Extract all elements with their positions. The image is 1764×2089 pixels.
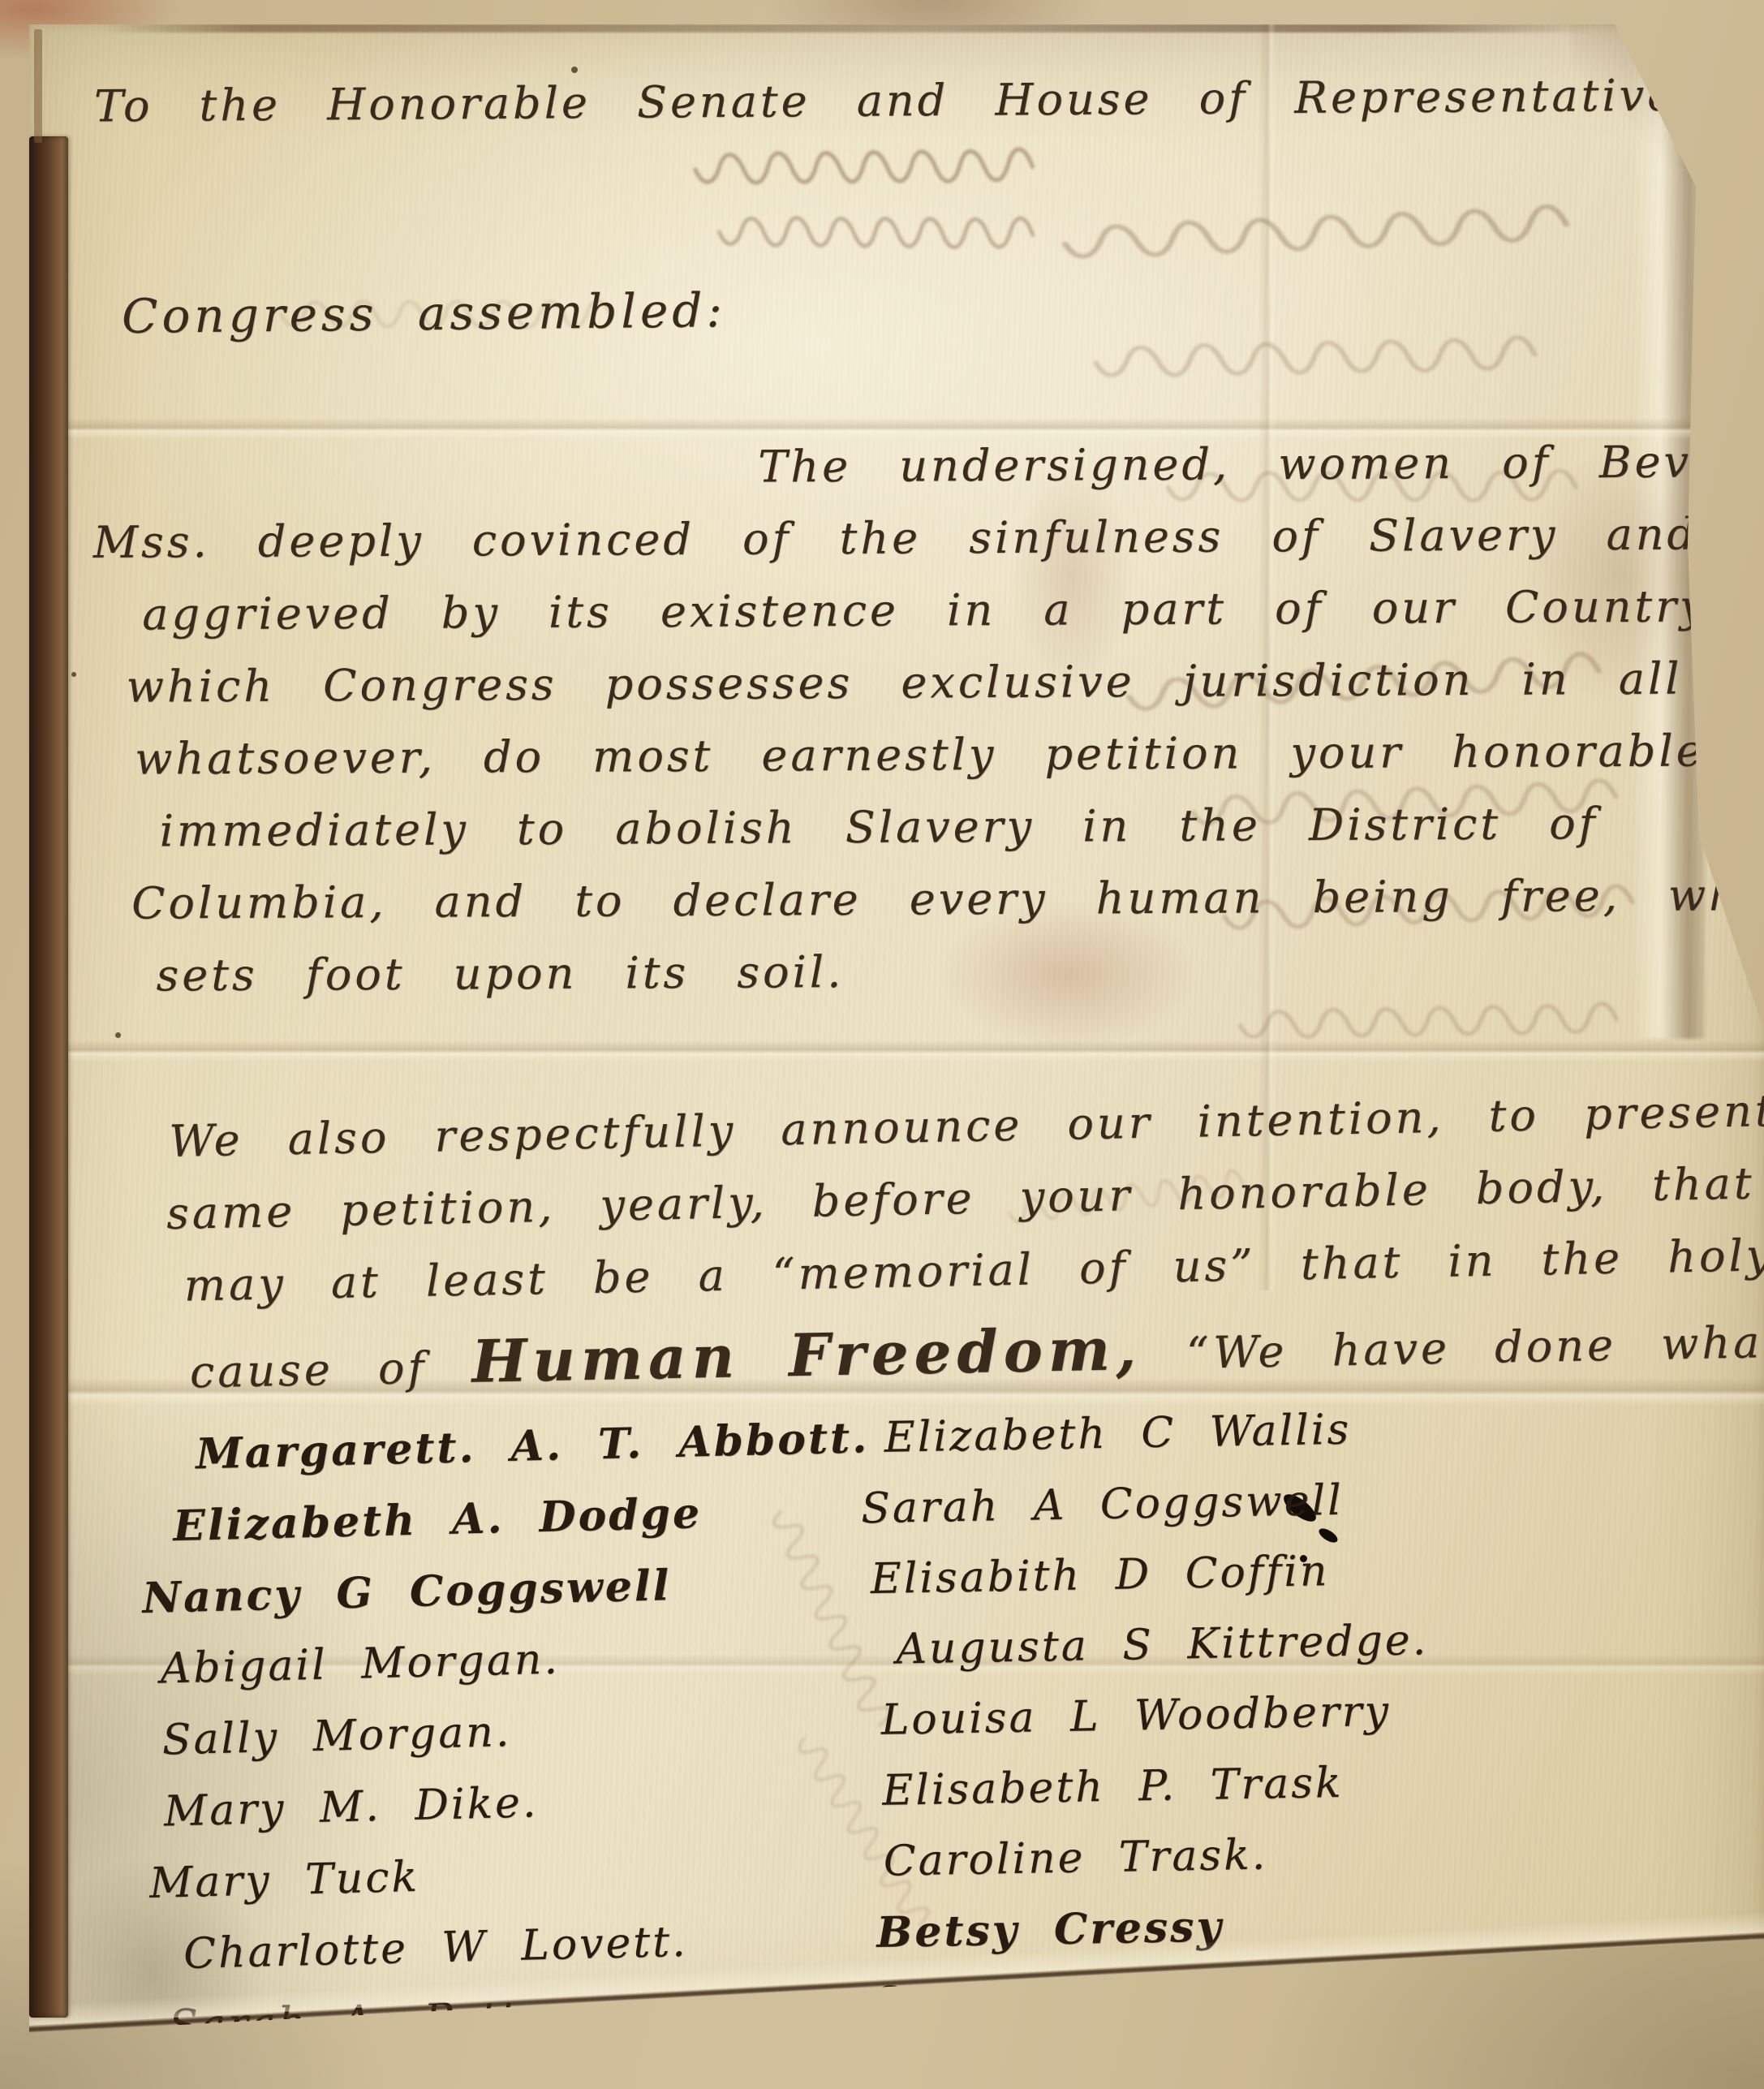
binding-edge-top — [34, 29, 42, 143]
body-line: Columbia, and to declare every human bei… — [131, 868, 1764, 950]
signature: Augusta S Kittredge. — [896, 1616, 1429, 1695]
paper-top-edge — [102, 24, 1595, 32]
signature: Louisa L Woodberry — [880, 1686, 1430, 1767]
binding-edge — [29, 136, 68, 2018]
petition-body: The undersigned, women of Beverly Mss. d… — [76, 435, 1764, 1023]
closing-quote: “We have done what we could.” — [1186, 1310, 1764, 1379]
body-line: aggrieved by its existence in a part of … — [142, 579, 1764, 661]
signature: Caroline Trask. — [883, 1828, 1432, 1908]
body-line: whatsoever, do most earnestly petition y… — [135, 724, 1764, 805]
signature: Elisabith D Coffin — [870, 1545, 1427, 1626]
bleedthrough-mark — [1050, 193, 1573, 289]
body-line: The undersigned, women of Beverly — [758, 435, 1764, 513]
salutation-line-2: Congress assembled: — [122, 282, 727, 344]
signature: Elizabeth C Wallis — [884, 1404, 1425, 1484]
foxing-speck — [71, 672, 76, 677]
petition-closing: We also respectfully announce our intent… — [148, 1079, 1764, 1406]
foxing-speck — [115, 1032, 121, 1038]
closing-pre: cause of — [189, 1342, 472, 1398]
signature: Sarah A Coggswell — [861, 1475, 1426, 1555]
bleedthrough-mark — [710, 207, 1036, 272]
fold-crease — [29, 418, 1764, 439]
body-line: which Congress possesses exclusive juris… — [127, 652, 1764, 734]
foxing-speck — [571, 67, 578, 73]
body-line: Mss. deeply covinced of the sinfulness o… — [93, 507, 1764, 589]
bleedthrough-mark — [685, 137, 1036, 212]
signature: Elisabeth P. Trask — [882, 1757, 1431, 1837]
salutation-line-1: To the Honorable Senate and House of Rep… — [94, 69, 1764, 132]
human-freedom-emphasis: Human Freedom, — [471, 1314, 1142, 1396]
paper-sheet: To the Honorable Senate and House of Rep… — [29, 24, 1764, 2037]
body-line: sets foot upon its soil. — [156, 941, 1764, 1022]
scanned-petition-document: To the Honorable Senate and House of Rep… — [0, 0, 1764, 2089]
body-line: immediately to abolish Slavery in the Di… — [159, 796, 1764, 877]
bleedthrough-mark — [1083, 325, 1540, 405]
